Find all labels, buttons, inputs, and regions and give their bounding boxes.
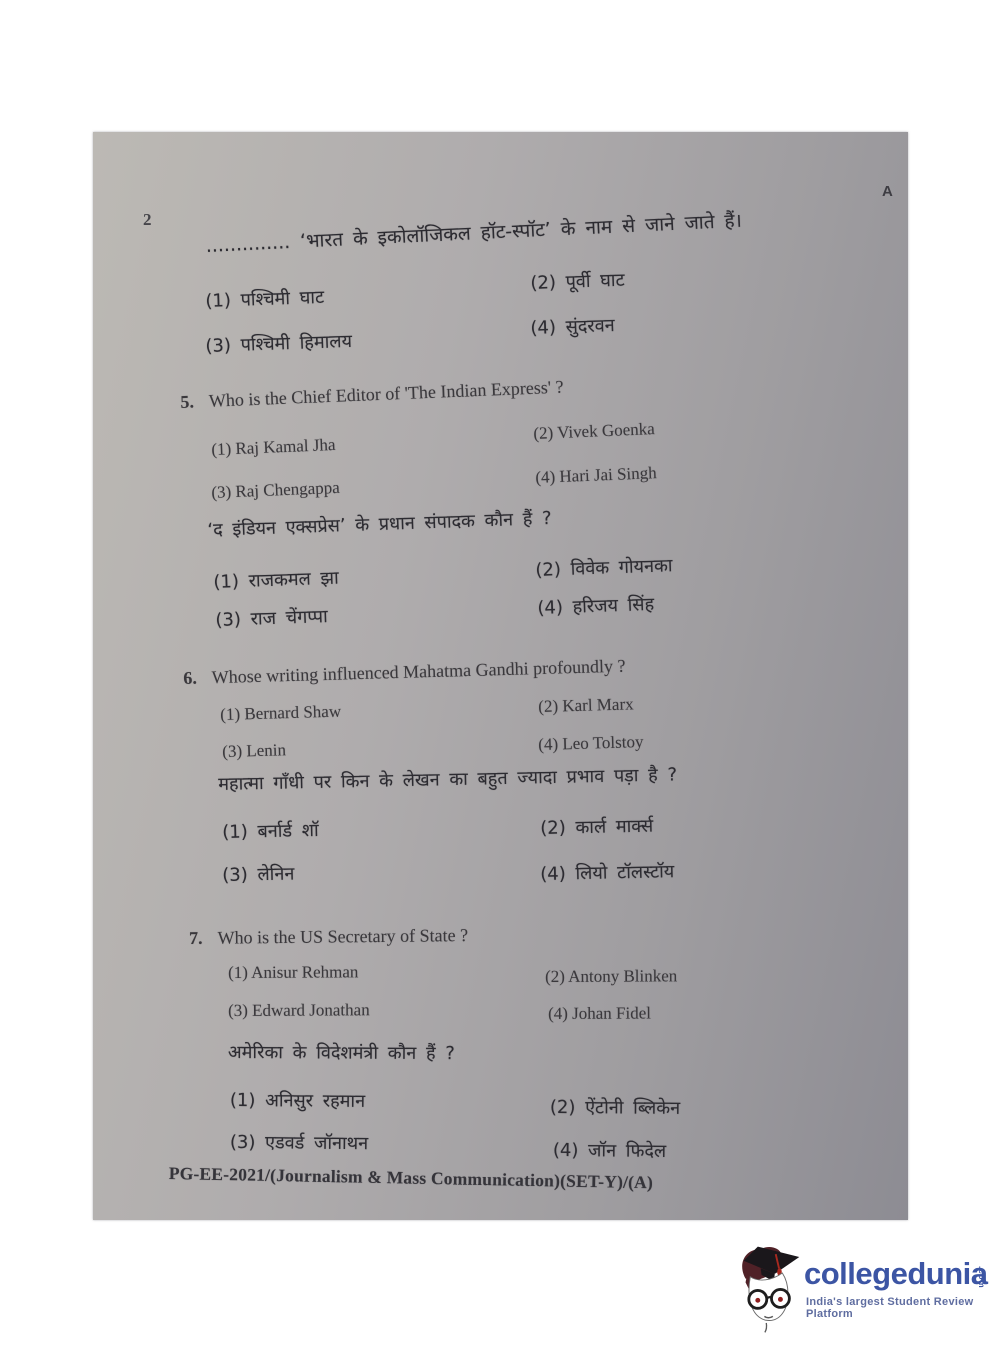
q6-option-en-2: (2) Karl Marx [538,694,634,717]
q7-text-en: Who is the US Secretary of State ? [217,925,468,948]
q7-option-hi-2: (2) ऐंटोनी ब्लिकेन [550,1095,680,1120]
q6-option-hi-1: (1) बर्नार्ड शॉ [222,818,319,844]
q7-option-en-3: (3) Edward Jonathan [228,1000,370,1021]
logo-tagline: India's largest Student Review Platform [806,1296,996,1320]
q5-option-hi-4: (4) हरिजय सिंह [537,592,654,620]
q6-option-hi-2: (2) कार्ल मार्क्स [540,814,653,840]
q4-option-2: (2) पूर्वी घाट [530,268,625,295]
page-number: 2 [143,210,152,230]
q7-option-hi-1: (1) अनिसुर रहमान [230,1088,365,1113]
q6-option-hi-3: (3) लेनिन [222,861,295,887]
q5-option-en-3: (3) Raj Chengappa [211,478,340,503]
q6-text-hi: महात्मा गाँधी पर किन के लेखन का बहुत ज्य… [218,762,677,796]
q7-option-en-1: (1) Anisur Rehman [228,962,358,983]
collegedunia-logo: collegedunia .com India's largest Studen… [738,1244,996,1336]
q5-number: 5. [180,391,194,412]
q7-option-hi-4: (4) जॉन फिदेल [553,1138,666,1163]
q4-option-4: (4) सुंदरवन [530,313,615,340]
graduate-mascot-icon [738,1244,804,1334]
q5-text-en: Who is the Chief Editor of 'The Indian E… [208,377,563,411]
q5-option-hi-2: (2) विवेक गोयनका [535,553,673,582]
q7-option-en-4: (4) Johan Fidel [548,1003,651,1024]
q5-option-hi-3: (3) राज चेंगप्पा [215,604,328,632]
q7-text-hi: अमेरिका के विदेशमंत्री कौन हैं ? [228,1040,455,1065]
q6-text-en: Whose writing influenced Mahatma Gandhi … [211,656,625,688]
q5-header: 5.Who is the Chief Editor of 'The Indian… [180,377,564,413]
footer-paper-code: PG-EE-2021/(Journalism & Mass Communicat… [169,1163,654,1193]
q6-option-hi-4: (4) लियो टॉलस्टॉय [540,859,675,886]
q7-option-en-2: (2) Antony Blinken [545,966,677,987]
q4-option-1: (1) पश्चिमी घाट [205,285,324,313]
q4-option-3: (3) पश्चिमी हिमालय [205,329,352,358]
q6-option-en-3: (3) Lenin [222,740,286,762]
scanned-page: 2 A .............. ‘भारत के इकोलॉजिकल हॉ… [93,132,908,1220]
q6-option-en-4: (4) Leo Tolstoy [538,732,644,755]
logo-tld-text: .com [977,1266,986,1289]
q7-header: 7.Who is the US Secretary of State ? [189,925,468,949]
q7-option-hi-3: (3) एडवर्ड जॉनाथन [230,1130,369,1155]
q6-header: 6.Whose writing influenced Mahatma Gandh… [183,656,626,689]
q5-option-hi-1: (1) राजकमल झा [213,566,339,594]
q5-text-hi: ‘द इंडियन एक्सप्रेस’ के प्रधान संपादक कौ… [207,506,552,542]
q5-option-en-1: (1) Raj Kamal Jha [211,435,336,460]
q5-option-en-4: (4) Hari Jai Singh [535,463,657,488]
q6-option-en-1: (1) Bernard Shaw [220,702,341,725]
q7-number: 7. [189,928,203,948]
set-corner-label: A [882,183,893,200]
q5-option-en-2: (2) Vivek Goenka [533,419,655,444]
logo-brand-text: collegedunia [804,1256,987,1292]
q4-continuation-line: .............. ‘भारत के इकोलॉजिकल हॉट-स्… [205,207,742,258]
q6-number: 6. [183,668,197,688]
